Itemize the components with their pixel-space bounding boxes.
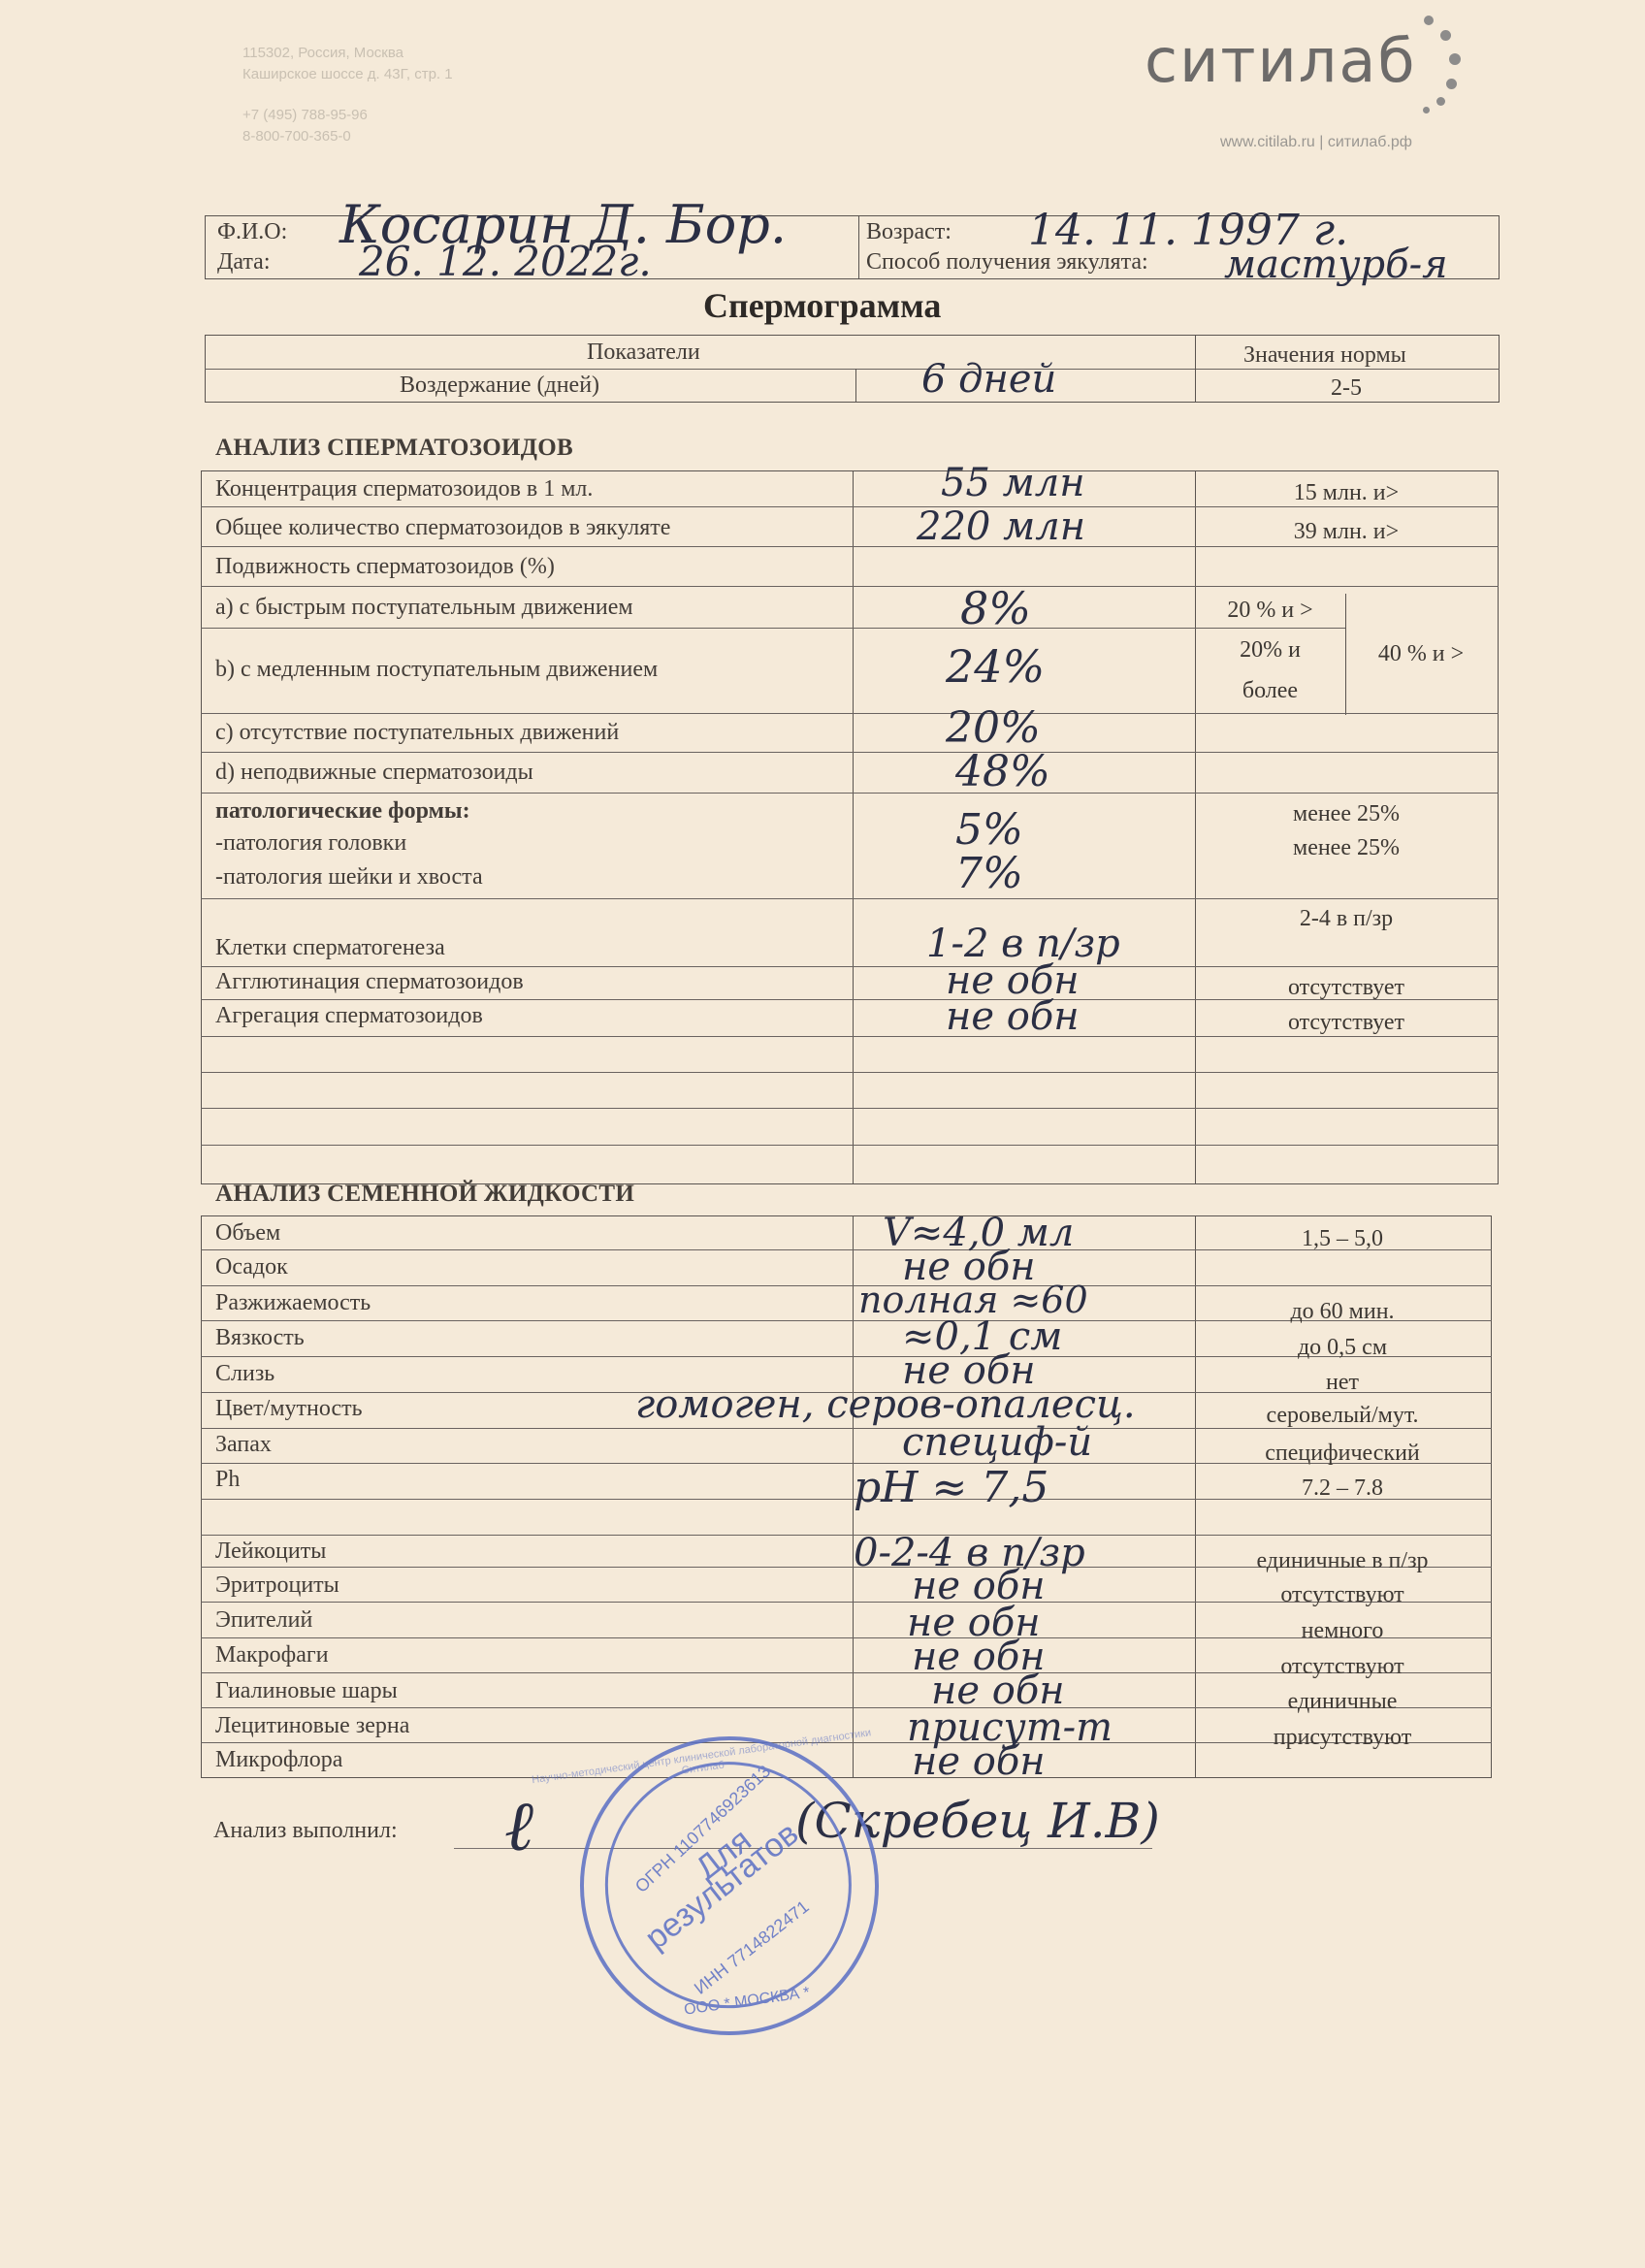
total-count-label: Общее количество сперматозоидов в эякуля… bbox=[215, 514, 670, 541]
odor-norm: специфический bbox=[1195, 1440, 1490, 1467]
age-label: Возраст: bbox=[866, 218, 952, 245]
row-divider bbox=[205, 369, 1500, 370]
citilab-logo: ситилаб bbox=[1145, 25, 1417, 96]
total-count-norm: 39 млн. и> bbox=[1195, 518, 1498, 545]
pathology-header: патологические формы: bbox=[215, 797, 470, 825]
hyaline-spheres-norm: единичные bbox=[1195, 1688, 1490, 1715]
erythrocytes-norm: отсутствуют bbox=[1195, 1581, 1490, 1608]
method-label: Способ получения эякулята: bbox=[866, 248, 1148, 275]
epithelium-label: Эпителий bbox=[215, 1606, 312, 1634]
row-divider bbox=[201, 1072, 1499, 1073]
concentration-value: 55 млн bbox=[941, 461, 1085, 505]
address-line: Каширское шоссе д. 43Г, стр. 1 bbox=[242, 64, 453, 85]
aggregation-label: Агрегация сперматозоидов bbox=[215, 1002, 483, 1029]
spermatogenesis-label: Клетки сперматогенеза bbox=[215, 934, 445, 961]
col-divider bbox=[853, 470, 854, 1184]
spermatogenesis-norm: 2-4 в п/зр bbox=[1195, 905, 1498, 932]
non-progressive-label: c) отсутствие поступательных движений bbox=[215, 719, 619, 746]
concentration-norm: 15 млн. и> bbox=[1195, 479, 1498, 506]
tail-pathology-label: -патология шейки и хвоста bbox=[215, 863, 483, 891]
lecithin-grains-label: Лецитиновые зерна bbox=[215, 1712, 409, 1739]
aggregation-norm: отсутствует bbox=[1195, 1009, 1498, 1036]
color-turbidity-norm: серовeлый/мут. bbox=[1195, 1402, 1490, 1429]
odor-label: Запах bbox=[215, 1431, 272, 1458]
total-count-value: 220 млн bbox=[917, 504, 1085, 549]
row-divider bbox=[201, 506, 1499, 507]
sediment-label: Осадок bbox=[215, 1253, 288, 1280]
mucus-label: Слизь bbox=[215, 1360, 274, 1387]
microflora-value: не обн bbox=[912, 1739, 1046, 1784]
address-line: +7 (495) 788-95-96 bbox=[242, 105, 453, 126]
website-text: www.citilab.ru | ситилаб.рф bbox=[1220, 134, 1412, 151]
agglutination-label: Агглютинация сперматозоидов bbox=[215, 968, 524, 995]
color-turbidity-label: Цвет/мутность bbox=[215, 1395, 363, 1422]
concentration-label: Концентрация сперматозоидов в 1 мл. bbox=[215, 475, 593, 502]
immotile-value: 48% bbox=[955, 747, 1050, 796]
letterhead-address: 115302, Россия, Москва Каширское шоссе д… bbox=[242, 43, 453, 147]
row-divider bbox=[201, 1036, 1499, 1037]
volume-norm: 1,5 – 5,0 bbox=[1195, 1225, 1490, 1252]
head-pathology-norm: менее 25% bbox=[1195, 800, 1498, 827]
aggregation-value: не обн bbox=[946, 994, 1080, 1039]
motility-label: Подвижность сперматозоидов (%) bbox=[215, 553, 555, 580]
row-divider bbox=[201, 966, 1499, 967]
col-divider bbox=[1195, 470, 1196, 1184]
agglutination-norm: отсутствует bbox=[1195, 974, 1498, 1001]
method-value: мастурб-я bbox=[1224, 243, 1448, 287]
ph-norm: 7.2 – 7.8 bbox=[1195, 1474, 1490, 1502]
slow-progressive-value: 24% bbox=[946, 640, 1045, 693]
name-label: Ф.И.О: bbox=[217, 218, 287, 245]
lecithin-grains-norm: присутствуют bbox=[1195, 1724, 1490, 1751]
hyaline-spheres-label: Гиалиновые шары bbox=[215, 1677, 398, 1704]
divider bbox=[858, 215, 859, 279]
volume-label: Объем bbox=[215, 1219, 280, 1247]
erythrocytes-label: Эритроциты bbox=[215, 1571, 339, 1599]
address-line: 8-800-700-365-0 bbox=[242, 126, 453, 147]
row-divider bbox=[201, 1108, 1499, 1109]
date-value: 26. 12. 2022г. bbox=[359, 238, 652, 285]
col-divider bbox=[855, 369, 856, 403]
non-progressive-value: 20% bbox=[946, 703, 1041, 753]
abstinence-norm: 2-5 bbox=[1195, 374, 1498, 402]
fast-progressive-norm: 20 % и > bbox=[1195, 597, 1345, 624]
macrophages-norm: отсутствуют bbox=[1195, 1653, 1490, 1680]
microflora-label: Микрофлора bbox=[215, 1746, 342, 1773]
performed-by-label: Анализ выполнил: bbox=[213, 1817, 398, 1844]
tail-pathology-value: 7% bbox=[955, 849, 1023, 898]
mucus-norm: нет bbox=[1195, 1369, 1490, 1396]
date-label: Дата: bbox=[217, 248, 271, 275]
viscosity-label: Вязкость bbox=[215, 1324, 305, 1351]
sperm-analysis-title: АНАЛИЗ СПЕРМАТОЗОИДОВ bbox=[215, 435, 573, 462]
row-divider bbox=[201, 1285, 1492, 1286]
address-line: 115302, Россия, Москва bbox=[242, 43, 453, 64]
abstinence-label: Воздержание (дней) bbox=[400, 372, 599, 399]
row-divider bbox=[201, 546, 1499, 547]
odor-value: специф-й bbox=[902, 1420, 1092, 1465]
row-divider bbox=[201, 1535, 1492, 1536]
row-divider bbox=[201, 752, 1499, 753]
ph-label: Ph bbox=[215, 1466, 240, 1493]
leukocytes-norm: единичные в п/зр bbox=[1195, 1547, 1490, 1574]
ph-value: pH ≈ 7,5 bbox=[854, 1463, 1048, 1512]
macrophages-label: Макрофаги bbox=[215, 1641, 329, 1669]
row-divider bbox=[201, 713, 1499, 714]
slow-progressive-norm-line1: 20% и bbox=[1195, 636, 1345, 664]
head-pathology-label: -патология головки bbox=[215, 829, 406, 857]
row-divider bbox=[201, 793, 1499, 794]
head-pathology-value: 5% bbox=[955, 805, 1023, 855]
viscosity-norm: до 0,5 см bbox=[1195, 1334, 1490, 1361]
col-indicators-header: Показатели bbox=[587, 339, 700, 366]
immotile-label: d) неподвижные сперматозоиды bbox=[215, 759, 533, 786]
row-divider bbox=[201, 898, 1499, 899]
row-divider bbox=[201, 1145, 1499, 1146]
slow-progressive-norm-line2: более bbox=[1195, 677, 1345, 704]
col-norms-header: Значения нормы bbox=[1243, 341, 1406, 369]
liquefaction-label: Разжижаемость bbox=[215, 1289, 371, 1316]
fast-progressive-label: a) с быстрым поступательным движением bbox=[215, 594, 633, 621]
slow-progressive-label: b) с медленным поступательным движением bbox=[215, 656, 658, 683]
document-title: Спермограмма bbox=[703, 285, 941, 326]
logo-dots-icon bbox=[1416, 10, 1474, 116]
leukocytes-label: Лейкоциты bbox=[215, 1538, 326, 1565]
row-divider bbox=[201, 586, 1499, 587]
epithelium-norm: немного bbox=[1195, 1617, 1490, 1644]
abstinence-value: 6 дней bbox=[921, 357, 1056, 402]
row-divider bbox=[201, 628, 1345, 629]
liquefaction-norm: до 60 мин. bbox=[1195, 1298, 1490, 1325]
tail-pathology-norm: менее 25% bbox=[1195, 834, 1498, 861]
fast-progressive-value: 8% bbox=[960, 582, 1031, 634]
motility-combined-norm: 40 % и > bbox=[1345, 640, 1497, 667]
fluid-analysis-title: АНАЛИЗ СЕМЕННОЙ ЖИДКОСТИ bbox=[215, 1181, 634, 1208]
